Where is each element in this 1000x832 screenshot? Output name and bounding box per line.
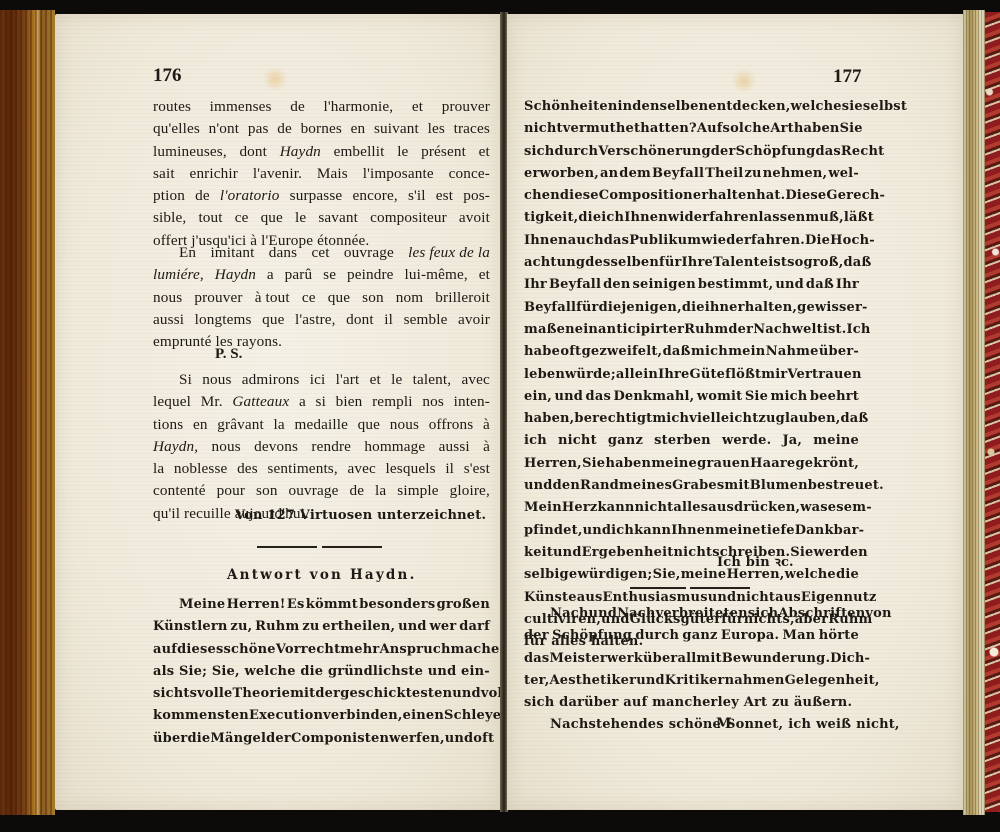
word: cet [312,242,330,264]
word: auch [568,230,604,252]
text-line: NachstehendesschöneSonnet,ichweißnicht, [524,714,859,736]
text-line: sich darüber auf mancherley Art zu äußer… [524,692,859,714]
word: de [349,480,364,502]
word: desselben [585,252,659,274]
word: Meisterwerk [549,648,643,670]
text-line: aussilongtemsquel'astre,dontilsembleavoi… [153,309,490,331]
word: über- [819,341,859,363]
word: grauen [697,453,750,475]
word: Ihnen [671,520,715,542]
word: selbst [863,96,907,118]
word: embellit [334,141,385,163]
word: sentiments, [267,458,337,480]
word: et [479,141,490,163]
word: pour [217,480,245,502]
word: das [604,230,629,252]
word: von [865,603,891,625]
word: haben [794,118,840,140]
word: würdigen; [578,564,653,586]
word: à [483,414,490,436]
word: mein [728,341,765,363]
text-line: lumineuses,dontHaydnembellitleprésentet [153,141,490,163]
word: Composition [599,185,693,207]
word: offrons [429,414,474,436]
right-fore-edge [963,10,985,815]
word: werde. [722,430,771,452]
word: Kritiker [665,670,725,692]
word: den [553,475,580,497]
text-line: ptiondel'oratoriosurpasseencore,s'ilestp… [153,185,490,207]
word: est [436,185,453,207]
word: Sonnet, [726,714,783,736]
word: maßen [524,319,575,341]
word: Sie, [653,564,681,586]
word: Mängel [210,728,266,750]
word: les feux de la [408,242,490,264]
word: Art [770,118,794,140]
word: und [452,683,481,705]
word: prouver [442,96,490,118]
word: avoit [459,207,490,229]
closing-line: Ich bin ꝛc. [717,552,794,570]
word: überall [643,648,696,670]
word: zu [758,408,775,430]
word: suivant [374,118,419,140]
word: verbinden, [323,705,403,727]
word: ist [768,252,787,274]
word: ce [235,207,249,229]
word: würde; [565,364,616,386]
word: ici [310,369,326,391]
word: les [428,118,445,140]
word: le [391,369,402,391]
word: nicht, [856,714,900,736]
page-number-right: 177 [833,66,862,88]
word: selbige [524,564,577,586]
word: es [828,497,844,519]
word: und [775,274,804,296]
word: werfen, [389,728,445,750]
word: Nahme [766,341,819,363]
word: der [266,728,291,750]
word: Diese [785,185,826,207]
word: Talente [713,252,768,274]
word: tiefe [761,520,795,542]
word: durch [635,625,679,647]
word: gewisser- [797,297,867,319]
word: ein [575,319,598,341]
text-line: ichnichtganzsterbenwerde.Ja,meine [524,430,859,452]
word: si [316,391,326,413]
word: mir [761,364,787,386]
word: Bewunderung. [722,648,830,670]
word: gezweifelt, [582,341,663,363]
text-line: pfindet,undichkannIhnenmeinetiefeDankbar… [524,520,859,542]
word: ein- [461,661,490,683]
text-line: lebenwürde;alleinIhreGüteflößtmirVertrau… [524,364,859,386]
word: daß [663,341,691,363]
word: was [800,497,828,519]
left-binding-edge [0,10,55,815]
word: Man [783,625,816,647]
word: nous [202,369,231,391]
word: das [524,648,549,670]
word: Abschriften [778,603,865,625]
word: l'astre, [295,309,336,331]
word: läßt [844,207,874,229]
word: aussi [439,436,470,458]
word: wiederfahren. [701,230,805,252]
word: gekrönt, [796,453,859,475]
word: que [261,207,283,229]
word: lumiére, [153,264,204,286]
ps-paragraph: Sinousadmironsicil'artetletalent,avecleq… [153,369,490,525]
word: Herz [562,497,598,519]
word: einen [403,705,444,727]
word: nicht [558,430,597,452]
word: talent, [413,369,452,391]
word: rendre [311,436,351,458]
word: en [193,414,208,436]
word: Componisten [291,728,389,750]
word: que [358,414,380,436]
word: glauben, [776,408,841,430]
word: dont [346,309,374,331]
word: Ihr [524,274,547,296]
word: son [256,480,278,502]
text-line: aufdiesesschöneVorrechtmehrAnspruchmache… [153,639,490,661]
word: dans [269,242,297,264]
word: chen [524,185,560,207]
word: das [586,386,611,408]
text-line: derSchöpfungdurchganzEuropa.Manhörte [524,625,859,647]
word: ption [153,185,185,207]
word: encore, [352,185,397,207]
word: als [153,661,174,683]
section-rule [630,587,686,589]
word: werden [814,542,868,564]
word: nicht [524,118,563,140]
word: Sie, [212,661,240,683]
word: que [328,287,350,309]
text-line: ein,unddasDenkmahl,womitSiemichbeehrt [524,386,859,408]
word: s'il [408,185,426,207]
word: nous [212,436,241,458]
word: für [576,297,599,319]
word: tigkeit, [524,207,578,229]
word: die [836,564,859,586]
word: anticipirter [598,319,684,341]
left-page: 176 routesimmensesdel'harmonie,etprouver… [55,14,502,810]
word: ouvrage [344,242,394,264]
text-line: lumiére,Haydnaparûsepeindrelui-même,et [153,264,490,286]
word: Theil [705,163,743,185]
word: Sie [582,453,605,475]
word: wel- [828,163,859,185]
word: hatten? [640,118,697,140]
word: pos- [463,185,490,207]
book-scan: 176 routesimmensesdel'harmonie,etprouver… [0,0,1000,832]
word: meine [813,430,859,452]
word: Dankbar- [795,520,865,542]
word: aussi [153,309,184,331]
word: schöne [224,639,276,661]
word: ist. [823,319,847,341]
word: mehr [340,639,379,661]
word: devons [254,436,298,458]
word: gloire, [450,480,490,502]
text-line: nousprouverà toutcequesonnombrilleroit [153,287,490,309]
word: Europa. [721,625,779,647]
word: s'est [464,458,490,480]
word: lesquels [386,458,436,480]
word: Si [179,369,192,391]
text-line: alsSie;Sie,welchediegründlichsteundein- [153,661,490,683]
word: kann [597,497,634,519]
text-line: achtungdesselbenfürIhreTalenteistsogroß,… [524,252,859,274]
word: Es [287,594,305,616]
word: kann [634,520,671,542]
text-line: Schönheitenindenselbenentdecken,welchesi… [524,96,859,118]
word: bestreuet. [808,475,884,497]
word: medaille [294,414,348,436]
word: meine [715,520,761,542]
text-line: erworben,andemBeyfallTheilzunehmen,wel- [524,163,859,185]
word: in [617,96,632,118]
word: sich [524,141,554,163]
word: Haydn, [153,436,198,458]
word: longtems [195,309,252,331]
text-line: emprunté les rayons. [153,331,490,353]
word: mit [696,648,721,670]
word: prouver [194,287,242,309]
word: den [603,274,630,296]
word: surpasse [290,185,343,207]
word: dem [619,163,651,185]
word: l'harmonie, [323,96,393,118]
word: seinigen [633,274,696,296]
text-line: sichdurchVerschönerungderSchöpfungdasRec… [524,141,859,163]
word: de [290,96,305,118]
word: Ihre [682,252,713,274]
word: dont [239,141,267,163]
word: daß [843,252,871,274]
word: il [445,458,454,480]
word: traces [454,118,490,140]
section-rule [257,546,317,548]
word: welche [244,661,295,683]
word: Sie [745,386,768,408]
word: Sie; [179,661,207,683]
word: die [187,728,210,750]
word: imitant [210,242,254,264]
word: hat. [756,185,785,207]
word: ein, [524,386,552,408]
word: flößt [725,364,761,386]
word: nous [390,414,419,436]
word: muß, [805,207,843,229]
word: peindre [347,264,394,286]
word: beehrt [810,386,859,408]
word: Haydn [215,264,256,286]
word: weiß [816,714,851,736]
word: immenses [210,96,272,118]
word: Güte [690,364,726,386]
word: lumineuses, [153,141,227,163]
word: sich [748,603,778,625]
word: le [295,207,306,229]
word: sible, [153,207,186,229]
word: le [397,141,408,163]
word: Schöpfung [736,141,816,163]
word: nicht [635,497,674,519]
word: nos [422,391,444,413]
word: que [262,309,284,331]
text-line: Haydn,nousdevonsrendrehommageaussià [153,436,490,458]
word: il [384,309,393,331]
word: Ihre [658,364,689,386]
word: nous [153,287,182,309]
text-line: sible,toutcequelesavantcompositeuravoit [153,207,490,229]
word: und [583,520,612,542]
word: darf [459,616,490,638]
word: Sie [840,118,863,140]
word: hommage [364,436,425,458]
word: und [588,603,617,625]
word: Vorrecht [276,639,341,661]
word: Blumen [750,475,808,497]
word: besonders [359,594,435,616]
word: an [600,163,618,185]
word: geschicktesten [340,683,452,705]
word: Haare [750,453,795,475]
word: l'avenir. [253,163,302,185]
word: conce- [449,163,490,185]
text-line: lanoblessedessentiments,aveclesquelsils'… [153,458,490,480]
marbled-cover-edge [985,12,1000,812]
word: nehmen, [763,163,828,185]
word: noblesse [174,458,228,480]
word: tions [153,414,183,436]
text-line: Künstlernzu,Ruhmzuertheilen,undwerdarf [153,616,490,638]
word: ouvrage [289,480,339,502]
word: und [554,386,583,408]
word: Rand [580,475,619,497]
word: en [351,118,366,140]
page-number-left: 176 [153,65,182,87]
word: zu [744,163,761,185]
word: routes [153,96,191,118]
text-line: qu'ellesn'ontpasdebornesensuivantlestrac… [153,118,490,140]
word: und [428,661,457,683]
word: et [479,264,490,286]
word: Aesthetiker [550,670,637,692]
word: sie [842,96,863,118]
word: se [323,264,336,286]
text-line: dasMeisterwerküberallmitBewunderung.Dich… [524,648,859,670]
word: ertheilen, [322,616,395,638]
word: pfindet, [524,520,583,542]
word: Ihnen [524,230,568,252]
word: la [153,458,164,480]
word: Meine [179,594,225,616]
word: der [711,141,736,163]
word: enrichir [190,163,238,185]
word: oft [560,341,581,363]
word: der [524,625,549,647]
word: Gelegenheit, [785,670,880,692]
word: vermuthet [563,118,640,140]
word: à tout [255,287,290,309]
word: l'oratorio [220,185,280,207]
word: kömmt [306,594,358,616]
word: und [553,542,582,564]
word: Herren, [524,453,582,475]
word: pas [248,118,269,140]
word: leben [524,364,565,386]
word: habe [524,341,560,363]
text-line: nichtvermuthethatten?AufsolcheArthabenSi… [524,118,859,140]
word: verbreiteten [656,603,748,625]
word: keit [524,542,553,564]
word: lequel [153,391,191,413]
word: mich [652,408,689,430]
word: solche [723,118,771,140]
word: a [299,391,306,413]
word: et [412,96,423,118]
word: ter, [524,670,550,692]
word: Auf [697,118,723,140]
word: meines [619,475,672,497]
word: ich [524,430,547,452]
word: em- [844,497,872,519]
word: Execution [249,705,323,727]
word: bornes [301,118,342,140]
word: zu [302,616,319,638]
word: der [728,319,753,341]
word: Dich- [830,648,870,670]
word: avec [347,458,375,480]
word: la [375,480,386,502]
word: zu, [230,616,252,638]
word: et [370,369,381,391]
word: Hoch- [830,230,875,252]
word: Ruhm [255,616,299,638]
text-line: MeineHerren!Eskömmtbesondersgroßen [153,594,490,616]
word: bien [336,391,363,413]
word: erhalten, [729,297,797,319]
word: présent [421,141,466,163]
word: daß [841,408,869,430]
word: über [153,728,187,750]
word: denselben [632,96,708,118]
word: Ergebenheit [582,542,674,564]
word: Nach [550,603,588,625]
word: Die [805,230,830,252]
word: Beyfall [524,297,576,319]
word: semble [404,309,448,331]
word: Mr. [201,391,223,413]
word: Haydn [280,141,321,163]
word: dieses [177,639,223,661]
word: sich darüber auf mancherley Art zu äußer… [524,692,852,714]
word: mich [691,341,728,363]
word: die [300,661,323,683]
text-line: keitundErgebenheitnichtschreiben.Siewerd… [524,542,859,564]
text-line: unddenRandmeinesGrabesmitBlumenbestreuet… [524,475,859,497]
word: Vertrauen [787,364,861,386]
signature-line: Von 127 Virtuosen unterzeichnet. [235,508,486,523]
